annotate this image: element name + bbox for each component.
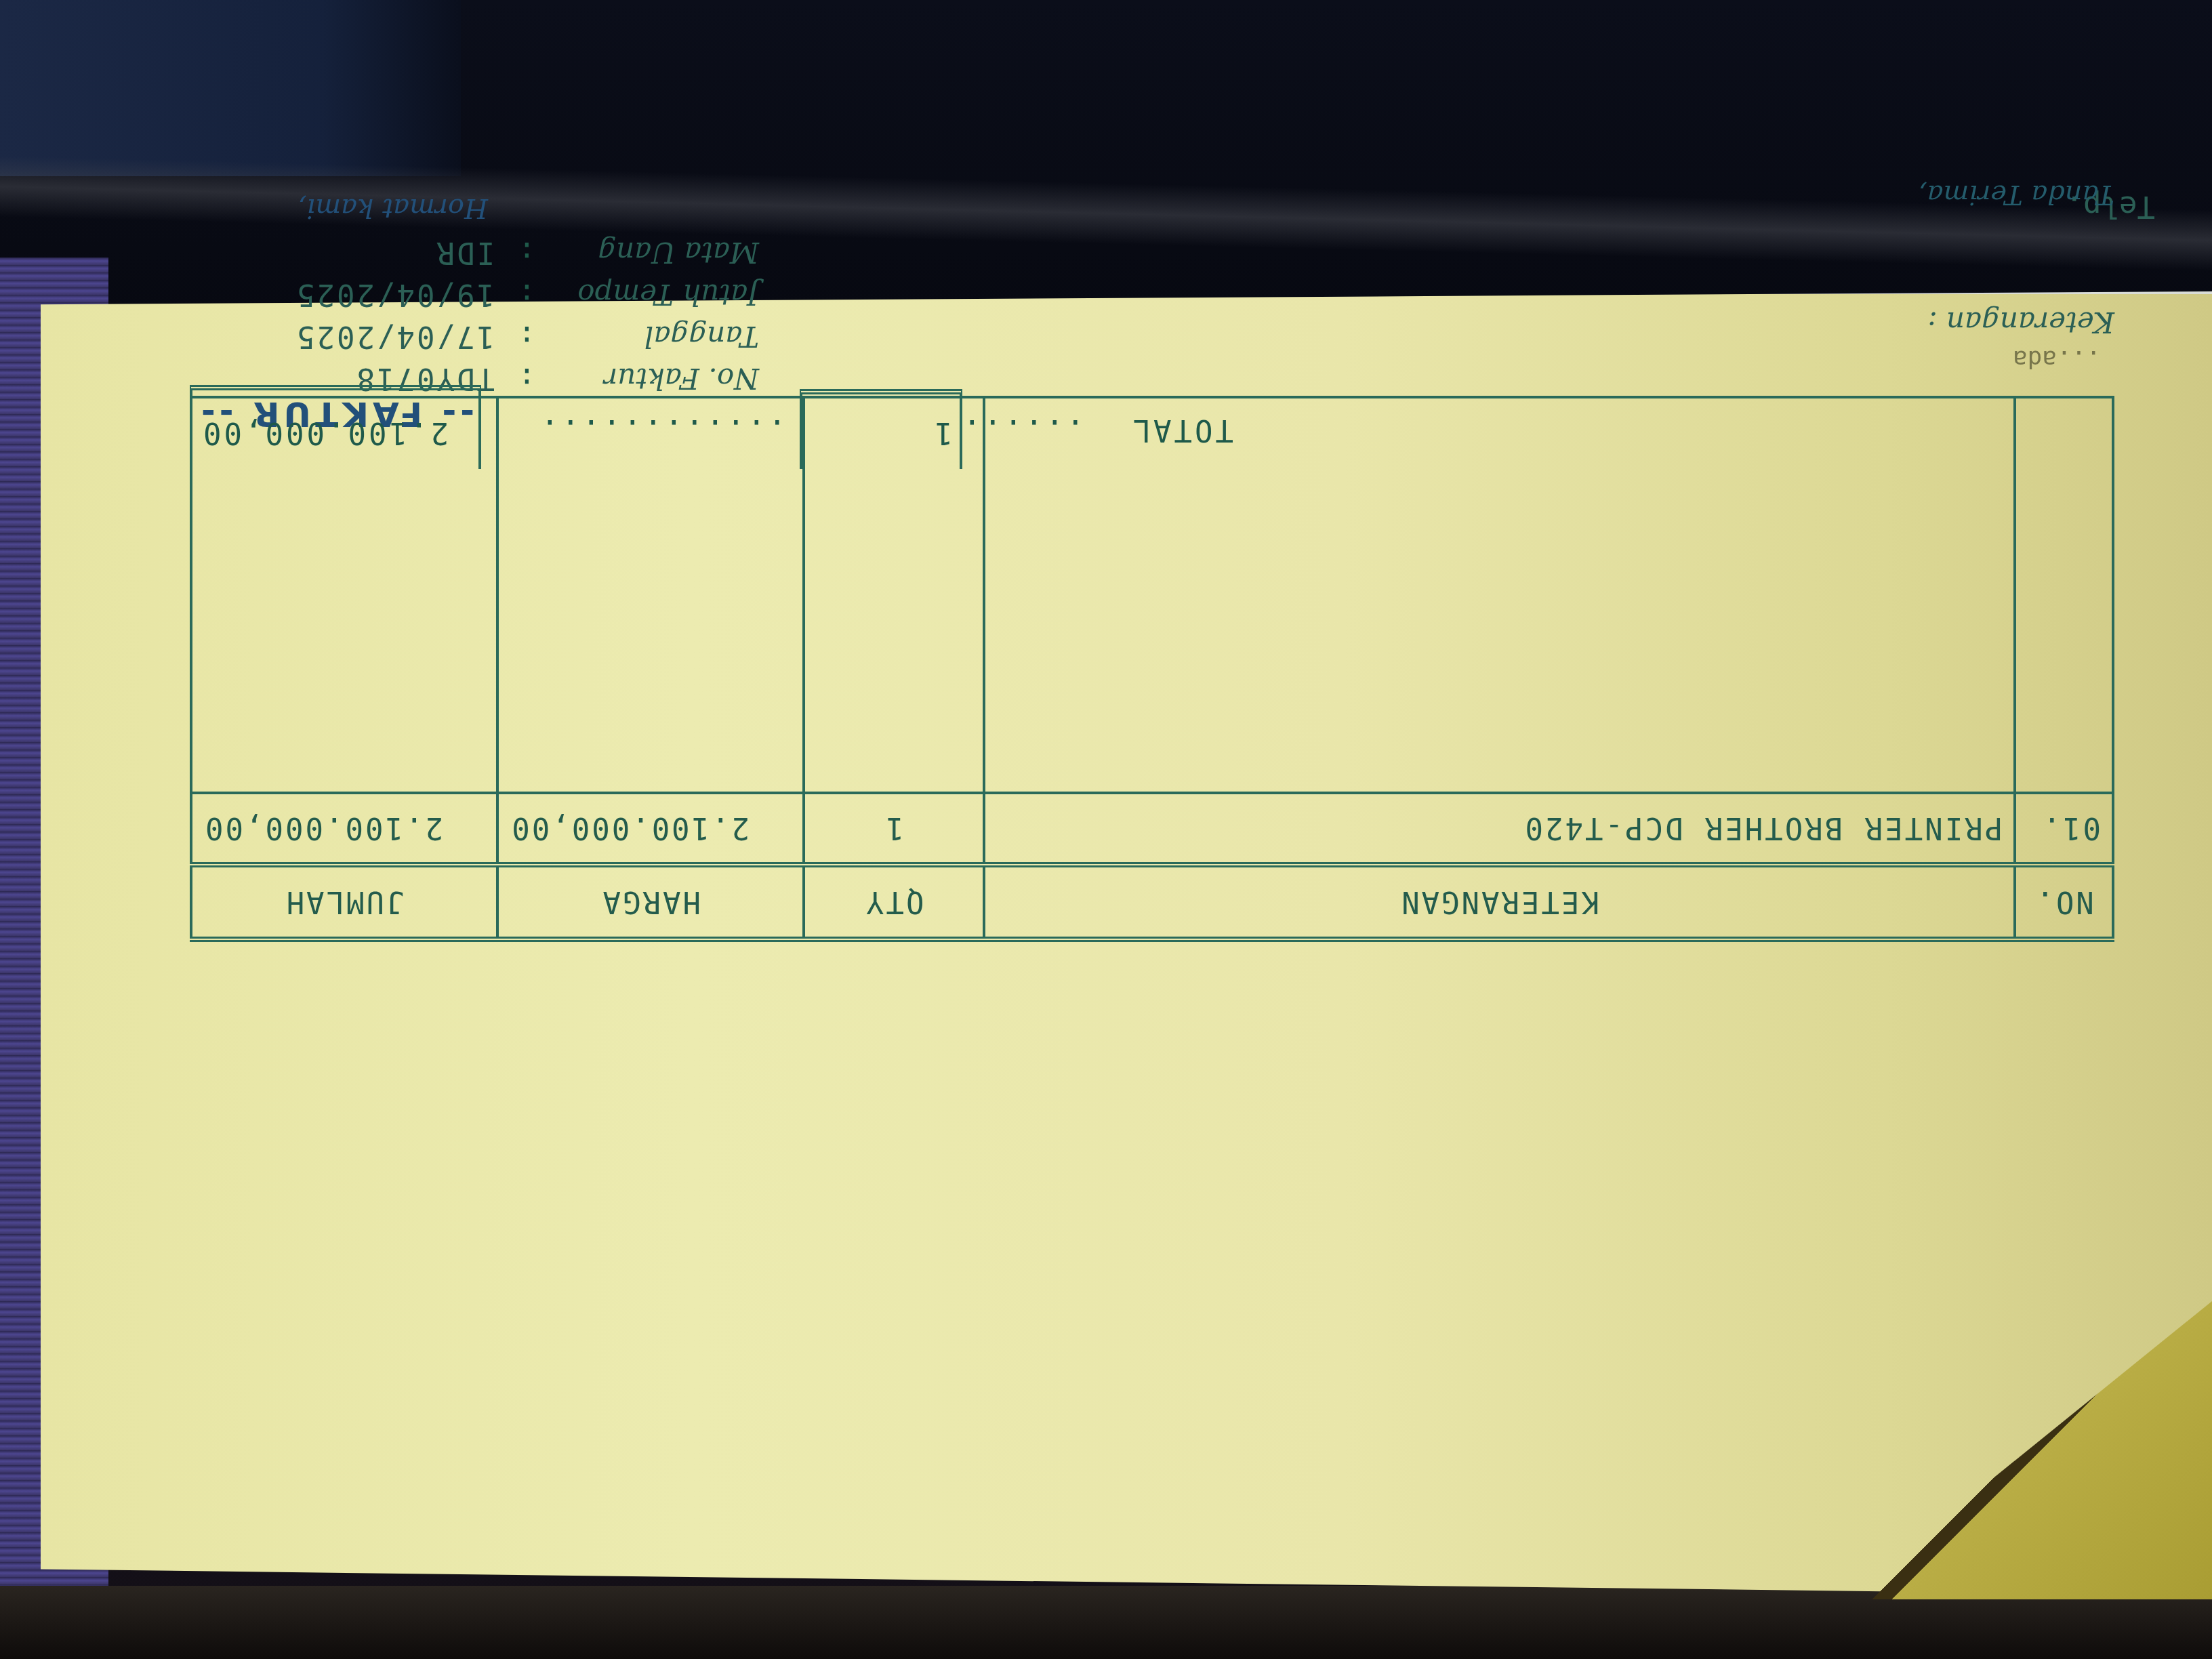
invoice-header-fields: No. Faktur : TDY0718 Tanggal : 17/04/202…: [295, 232, 759, 400]
field-label: Jatuh Tempo: [535, 279, 759, 312]
field-tanggal: Tanggal : 17/04/2025: [295, 316, 759, 358]
table-row: 01. PRINTER BROTHER DCP-T420 1 2.100.000…: [191, 793, 2113, 865]
cell-harga: 2.100.000,00: [497, 793, 804, 865]
keterangan-label: Keterangan :: [1928, 306, 2114, 339]
currency: IDR: [435, 236, 495, 270]
field-label: Tanggal: [535, 321, 759, 354]
items-table: NO. KETERANGAN QTY HARGA JUMLAH 01. PRIN…: [190, 396, 2114, 942]
total-row: TOTAL ...... 1 ............ 2.100.000,00: [190, 386, 2114, 468]
cell-jumlah: 2.100.000,00: [191, 793, 497, 865]
total-dot-leader: ......: [960, 413, 1084, 447]
field-mata-uang: Mata Uang : IDR: [295, 232, 759, 274]
column-header-qty: QTY: [804, 865, 984, 939]
column-header-keterangan: KETERANGAN: [984, 865, 2015, 939]
cell-no: 01.: [2015, 793, 2113, 865]
field-separator: :: [495, 321, 535, 354]
total-label: TOTAL: [1130, 413, 1233, 447]
column-header-harga: HARGA: [497, 865, 804, 939]
invoice-document: -- FAKTUR -- ...ada No. Faktur : TDY0718…: [122, 319, 2142, 1552]
field-label: Mata Uang: [535, 237, 759, 270]
due-date: 19/04/2025: [295, 278, 495, 312]
items-table-grid: NO. KETERANGAN QTY HARGA JUMLAH 01. PRIN…: [190, 396, 2114, 942]
total-amount: 2.100.000,00: [190, 385, 481, 469]
hormat-kami-label: Hormat kami,: [298, 192, 488, 224]
table-header-row: NO. KETERANGAN QTY HARGA JUMLAH: [191, 865, 2113, 939]
background-fabric: [0, 0, 461, 176]
field-jatuh-tempo: Jatuh Tempo : 19/04/2025: [295, 274, 759, 316]
field-separator: :: [495, 237, 535, 270]
invoice-date: 17/04/2025: [295, 320, 495, 354]
total-qty: 1: [800, 389, 962, 469]
column-header-jumlah: JUMLAH: [191, 865, 497, 939]
cell-keterangan: PRINTER BROTHER DCP-T420: [984, 793, 2015, 865]
tanda-terima-label: Tanda Terima,: [1919, 179, 2114, 210]
column-header-no: NO.: [2015, 865, 2113, 939]
cell-qty: 1: [804, 793, 984, 865]
field-separator: :: [495, 279, 535, 312]
total-dot-leader: ............: [538, 413, 786, 447]
